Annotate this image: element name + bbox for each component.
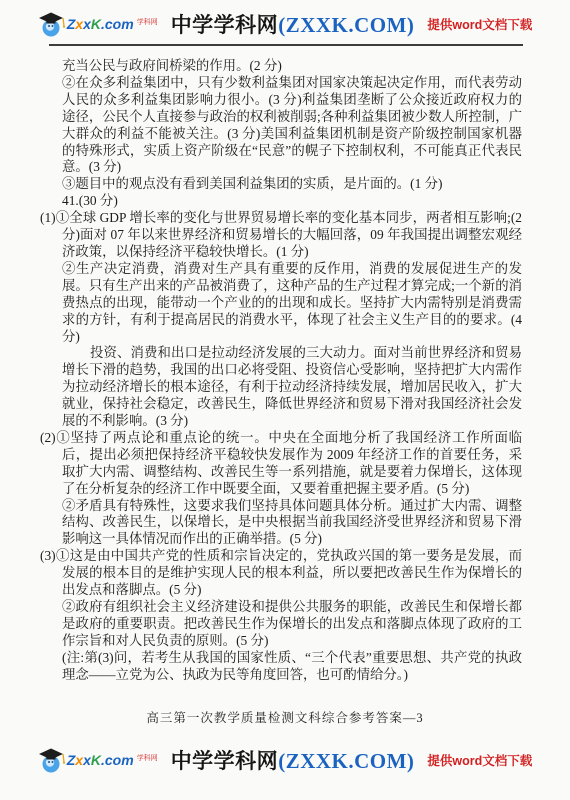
footer-site-title: 中学学科网(ZXXK.COM) bbox=[171, 745, 415, 775]
site-logo: ZxxK.com 学科网 bbox=[38, 11, 158, 38]
answer40-point2: ②在众多利益集团中，只有少数利益集团对国家决策起决定作用，而代表劳动人民的众多利… bbox=[62, 75, 522, 176]
footer-banner: ZxxK.com 学科网 中学学科网(ZXXK.COM) 提供word文档下载 bbox=[0, 736, 570, 775]
footer-site-domain: (ZXXK.COM) bbox=[278, 749, 414, 773]
header-rule bbox=[49, 44, 523, 46]
graduation-cap-mascot-icon bbox=[38, 747, 66, 774]
answer41-part3-point2: ②政府有组织社会主义经济建设和提供公共服务的职能，改善民生和保增长都是政府的重要… bbox=[62, 599, 522, 650]
footer-logo-subtext: 学科网 bbox=[137, 755, 158, 762]
answer41-part1-point2: ②生产决定消费，消费对生产具有重要的反作用，消费的发展促进生产的发展。只有生产出… bbox=[62, 261, 522, 346]
answer41-part3-point1: (3)①这是由中国共产党的性质和宗旨决定的，党执政兴国的第一要务是发展，而发展的… bbox=[62, 548, 522, 599]
footer-site-logo: ZxxK.com 学科网 bbox=[38, 747, 158, 774]
footer-page-label: 高三第一次教学质量检测文科综合参考答案—3 bbox=[0, 708, 570, 726]
site-title: 中学学科网(ZXXK.COM) bbox=[171, 9, 415, 39]
header-banner: ZxxK.com 学科网 中学学科网(ZXXK.COM) 提供word文档下载 bbox=[0, 0, 570, 39]
answer40-point3: ③题目中的观点没有看到美国利益集团的实质，是片面的。(1 分) bbox=[62, 176, 522, 193]
answer40-continuation-line: 充当公民与政府间桥梁的作用。(2 分) bbox=[62, 58, 522, 75]
site-title-text: 中学学科网 bbox=[171, 13, 279, 37]
footer-download-tagline: 提供word文档下载 bbox=[427, 751, 532, 769]
graduation-cap-mascot-icon bbox=[38, 11, 66, 38]
footer-logo-wordmark: ZxxK.com bbox=[67, 752, 134, 768]
logo-subtext: 学科网 bbox=[137, 19, 158, 26]
question41-heading: 41.(30 分) bbox=[62, 193, 522, 210]
answer-text-block: 充当公民与政府间桥梁的作用。(2 分) ②在众多利益集团中，只有少数利益集团对国… bbox=[62, 58, 522, 684]
logo-wordmark: ZxxK.com bbox=[67, 16, 134, 32]
scanned-document-page: ZxxK.com 学科网 中学学科网(ZXXK.COM) 提供word文档下载 … bbox=[0, 0, 570, 800]
footer-site-title-text: 中学学科网 bbox=[171, 749, 279, 773]
answer41-part2-point1: (2)①坚持了两点论和重点论的统一。中央在全面地分析了我国经济工作所面临后，提出… bbox=[62, 430, 522, 498]
answer41-part1-point2-cont: 投资、消费和出口是拉动经济发展的三大动力。面对当前世界经济和贸易增长下滑的趋势，… bbox=[62, 345, 522, 430]
site-domain: (ZXXK.COM) bbox=[278, 13, 414, 37]
answer41-part2-point2: ②矛盾具有特殊性，这要求我们坚持具体问题具体分析。通过扩大内需、调整结构、改善民… bbox=[62, 498, 522, 549]
answer41-part1-point1: (1)①全球 GDP 增长率的变化与世界贸易增长率的变化基本同步，两者相互影响;… bbox=[62, 210, 522, 261]
download-tagline: 提供word文档下载 bbox=[427, 15, 532, 33]
answer41-grading-note: (注:第(3)问，若考生从我国的国家性质、“三个代表”重要思想、共产党的执政理念… bbox=[62, 650, 522, 684]
